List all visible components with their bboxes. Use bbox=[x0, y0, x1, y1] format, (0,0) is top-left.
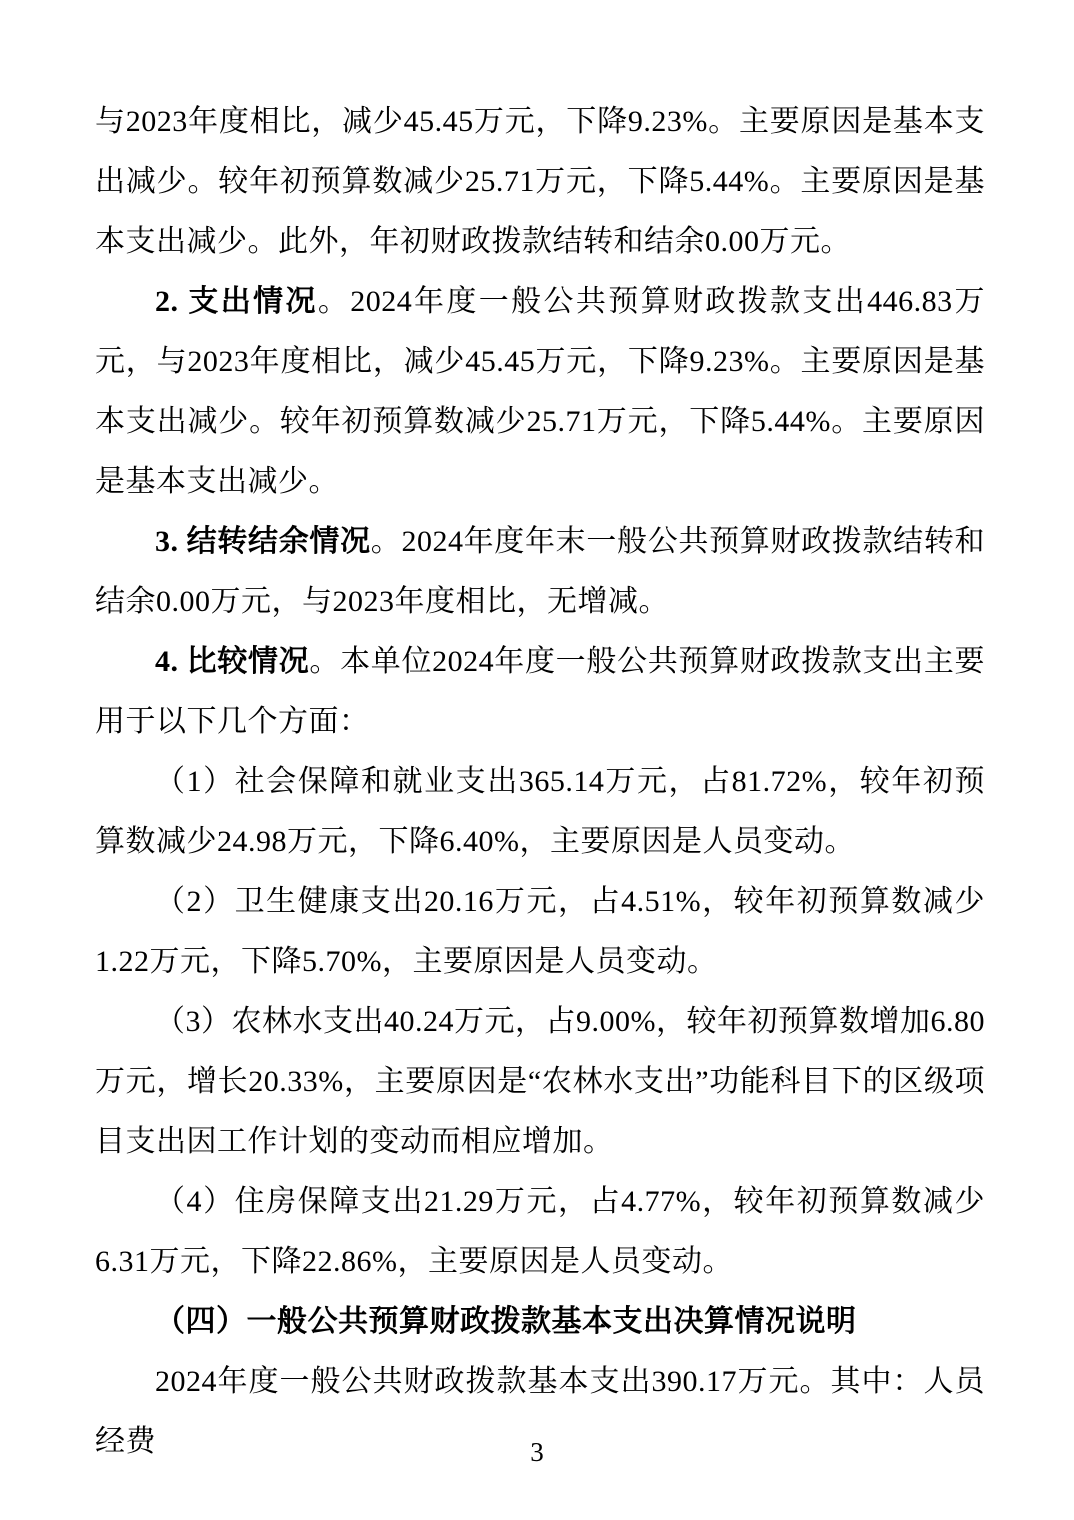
paragraph-item-2-health: （2）卫生健康支出20.16万元，占4.51%，较年初预算数减少1.22万元，下… bbox=[95, 872, 985, 992]
section-heading-basic-expenditure: （四）一般公共预算财政拨款基本支出决算情况说明 bbox=[95, 1292, 985, 1352]
paragraph-text: （3）农林水支出40.24万元，占9.00%，较年初预算数增加6.80万元，增长… bbox=[95, 1005, 985, 1158]
paragraph-comparison: 4. 比较情况。本单位2024年度一般公共预算财政拨款支出主要用于以下几个方面： bbox=[95, 632, 985, 752]
paragraph-continuation: 与2023年度相比，减少45.45万元，下降9.23%。主要原因是基本支出减少。… bbox=[95, 92, 985, 272]
document-body: 与2023年度相比，减少45.45万元，下降9.23%。主要原因是基本支出减少。… bbox=[95, 92, 985, 1472]
document-page: 与2023年度相比，减少45.45万元，下降9.23%。主要原因是基本支出减少。… bbox=[0, 0, 1074, 1520]
paragraph-item-4-housing: （4）住房保障支出21.29万元，占4.77%，较年初预算数减少6.31万元，下… bbox=[95, 1172, 985, 1292]
paragraph-carryover: 3. 结转结余情况。2024年度年末一般公共预算财政拨款结转和结余0.00万元，… bbox=[95, 512, 985, 632]
paragraph-lead: 4. 比较情况 bbox=[155, 645, 309, 678]
page-number: 3 bbox=[0, 1434, 1074, 1470]
paragraph-text: （4）住房保障支出21.29万元，占4.77%，较年初预算数减少6.31万元，下… bbox=[95, 1185, 985, 1278]
paragraph-text: 与2023年度相比，减少45.45万元，下降9.23%。主要原因是基本支出减少。… bbox=[95, 105, 985, 258]
paragraph-item-3-agriculture: （3）农林水支出40.24万元，占9.00%，较年初预算数增加6.80万元，增长… bbox=[95, 992, 985, 1172]
paragraph-expenditure: 2. 支出情况。2024年度一般公共预算财政拨款支出446.83万元，与2023… bbox=[95, 272, 985, 512]
paragraph-lead: 3. 结转结余情况 bbox=[155, 525, 371, 558]
paragraph-text: （1）社会保障和就业支出365.14万元，占81.72%，较年初预算数减少24.… bbox=[95, 765, 985, 858]
paragraph-text: （2）卫生健康支出20.16万元，占4.51%，较年初预算数减少1.22万元，下… bbox=[95, 885, 985, 978]
paragraph-item-1-social-security: （1）社会保障和就业支出365.14万元，占81.72%，较年初预算数减少24.… bbox=[95, 752, 985, 872]
paragraph-lead: 2. 支出情况 bbox=[155, 285, 318, 318]
section-heading-text: （四）一般公共预算财政拨款基本支出决算情况说明 bbox=[155, 1305, 857, 1338]
